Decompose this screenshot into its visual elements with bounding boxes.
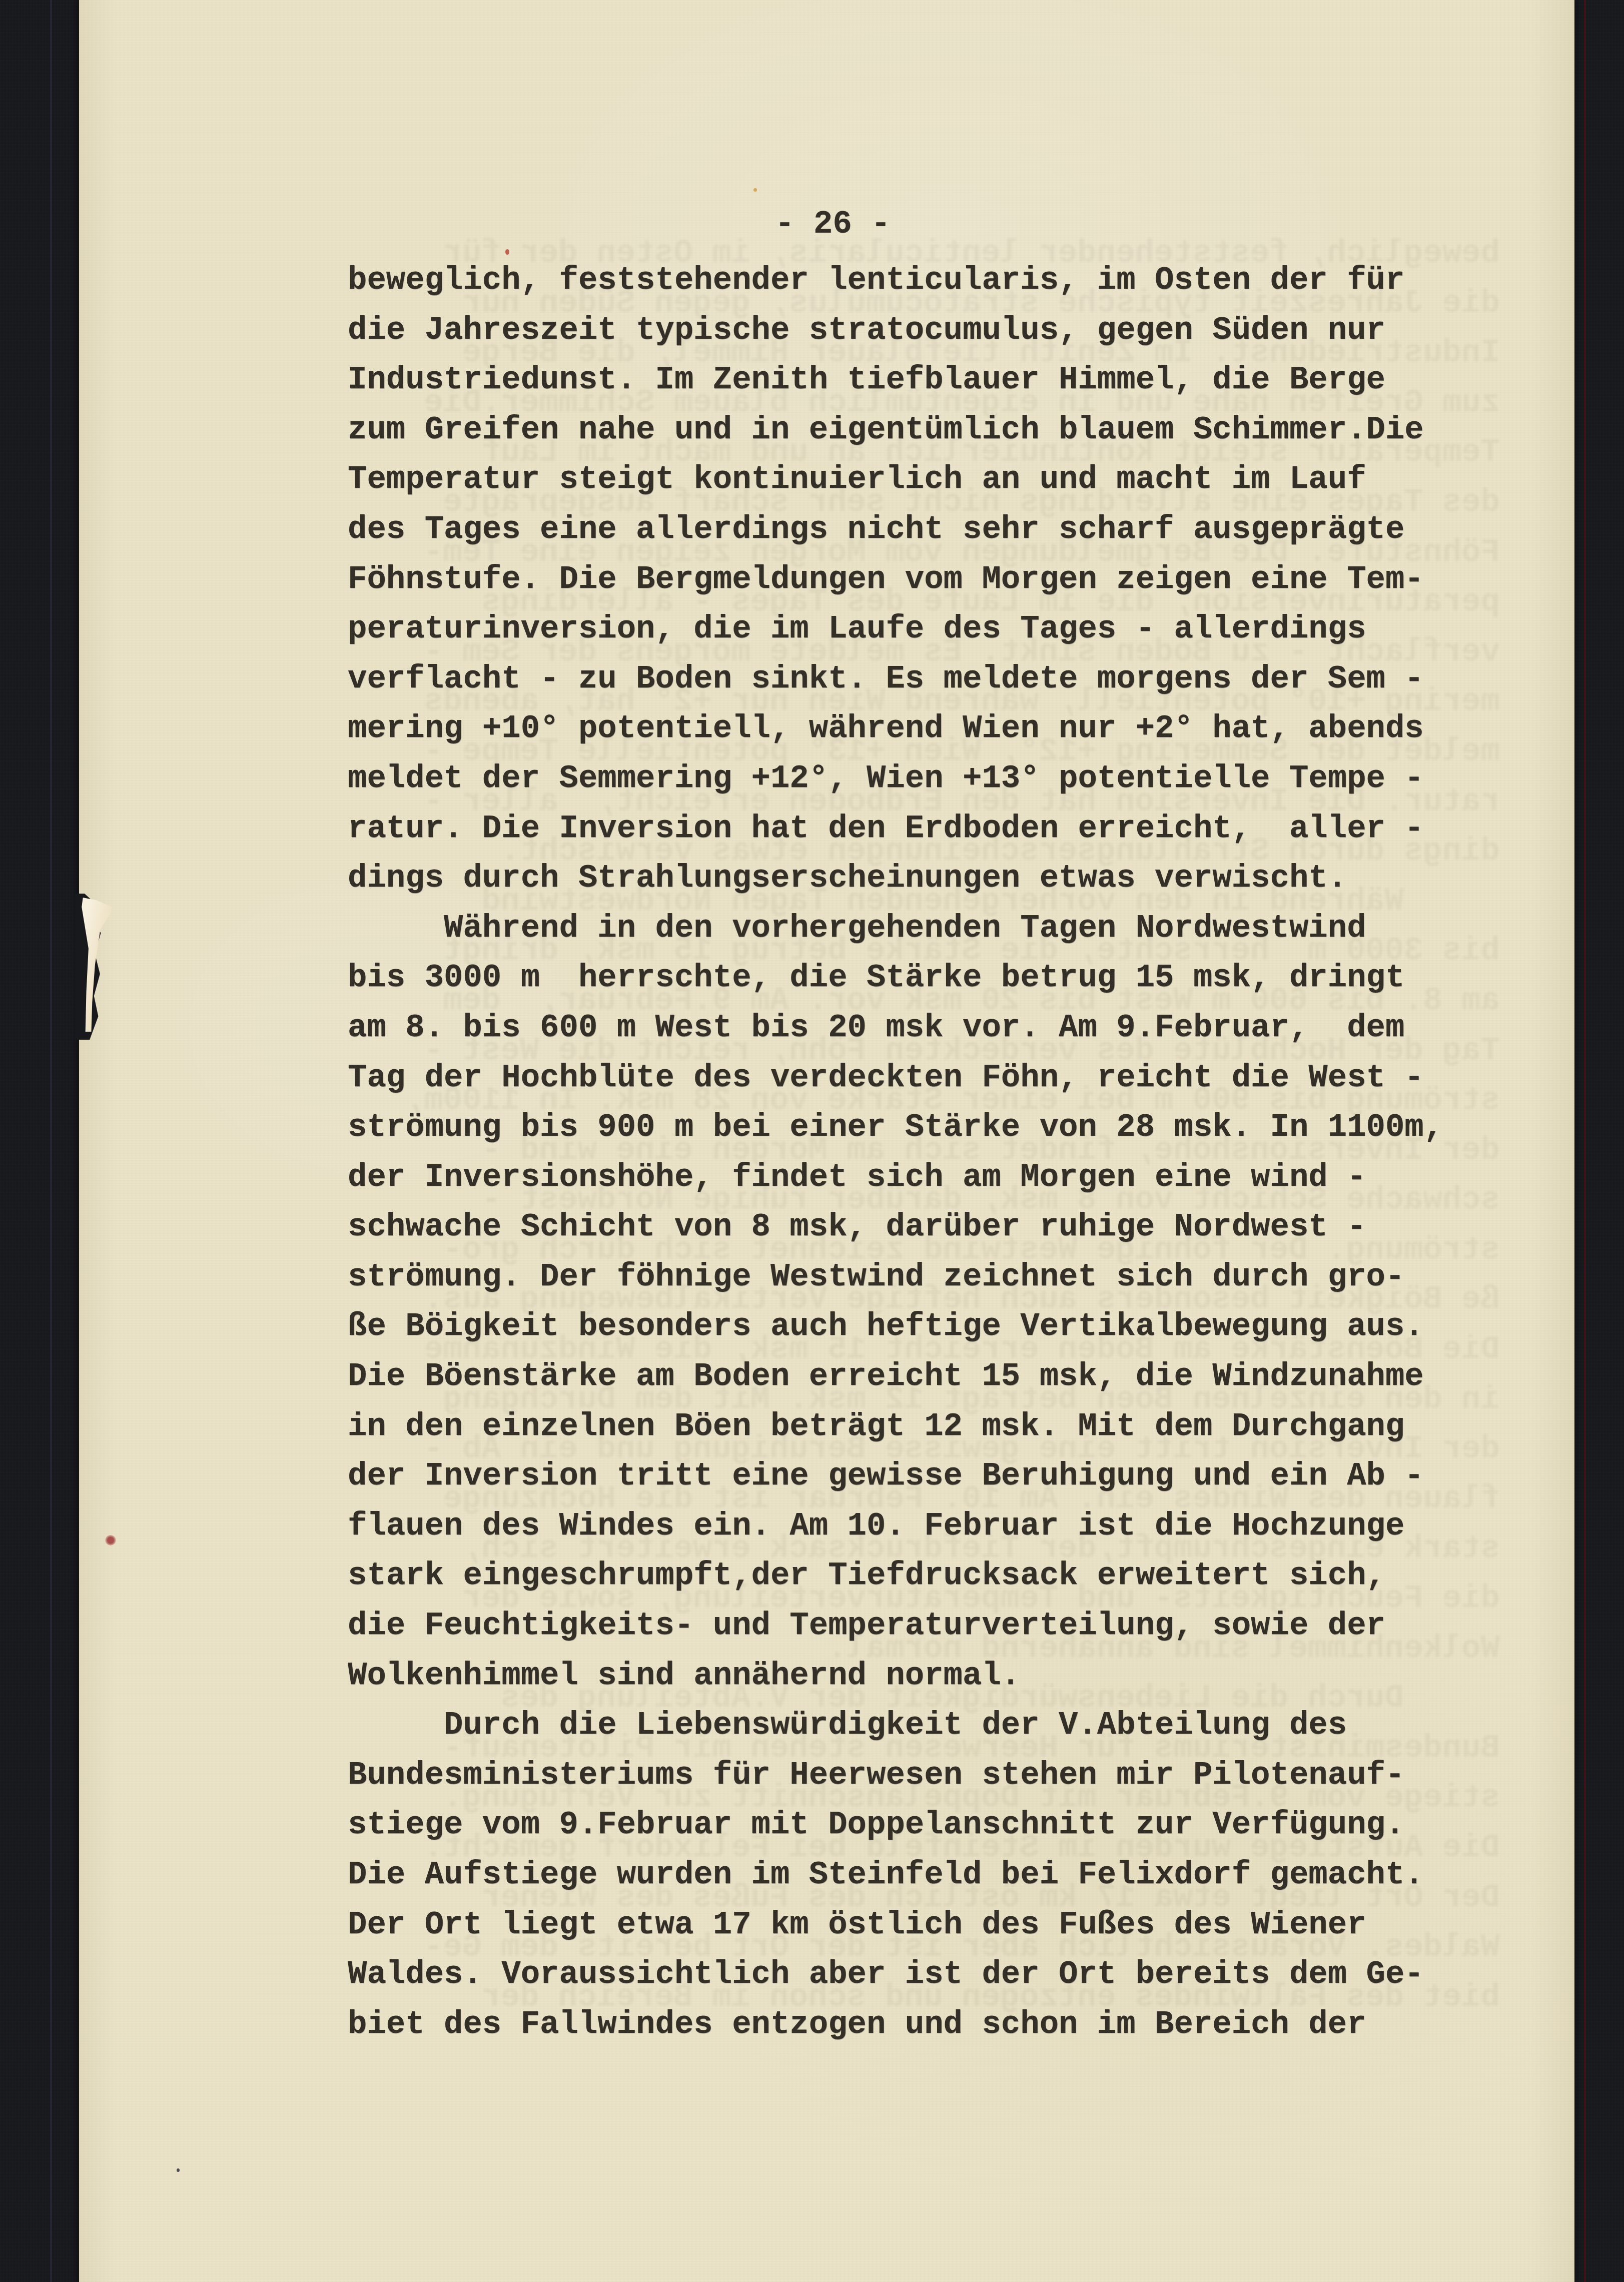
text-line: verflacht - zu Boden sinkt. Es meldete m… <box>348 655 1513 705</box>
binding-seam-line <box>50 0 52 2282</box>
text-line: der Inversionshöhe, findet sich am Morge… <box>348 1153 1513 1203</box>
text-line: peraturinversion, die im Laufe des Tages… <box>348 605 1513 655</box>
text-line: dings durch Strahlungserscheinungen etwa… <box>348 854 1513 904</box>
text-line: strömung bis 900 m bei einer Stärke von … <box>348 1103 1513 1153</box>
text-line: zum Greifen nahe und in eigentümlich bla… <box>348 406 1513 456</box>
text-line: Während in den vorhergehenden Tagen Nord… <box>348 904 1513 954</box>
text-line: in den einzelnen Böen beträgt 12 msk. Mi… <box>348 1402 1513 1452</box>
text-line: Waldes. Voraussichtlich aber ist der Ort… <box>348 1950 1513 2000</box>
scanned-document: beweglich, feststehender lenticularis, i… <box>0 0 1624 2282</box>
text-line: Föhnstufe. Die Bergmeldungen vom Morgen … <box>348 555 1513 605</box>
orange-paper-speck <box>753 188 757 192</box>
text-line: die Feuchtigkeits- und Temperaturverteil… <box>348 1602 1513 1652</box>
text-line: beweglich, feststehender lenticularis, i… <box>348 256 1513 306</box>
text-line: strömung. Der föhnige Westwind zeichnet … <box>348 1253 1513 1303</box>
text-line: schwache Schicht von 8 msk, darüber ruhi… <box>348 1203 1513 1253</box>
text-line: Der Ort liegt etwa 17 km östlich des Fuß… <box>348 1901 1513 1951</box>
text-line: Wolkenhimmel sind annähernd normal. <box>348 1652 1513 1702</box>
text-line: der Inversion tritt eine gewisse Beruhig… <box>348 1452 1513 1502</box>
text-line: bis 3000 m herrschte, die Stärke betrug … <box>348 954 1513 1004</box>
body-text: beweglich, feststehender lenticularis, i… <box>348 256 1513 2050</box>
text-line: flauen des Windes ein. Am 10. Februar is… <box>348 1502 1513 1552</box>
text-line: Temperatur steigt kontinuierlich an und … <box>348 455 1513 505</box>
text-line: Die Aufstiege wurden im Steinfeld bei Fe… <box>348 1851 1513 1901</box>
text-line: Die Böenstärke am Boden erreicht 15 msk,… <box>348 1352 1513 1402</box>
text-line: meldet der Semmering +12°, Wien +13° pot… <box>348 754 1513 805</box>
red-ink-speck <box>505 249 509 255</box>
text-line: ratur. Die Inversion hat den Erdboden er… <box>348 805 1513 855</box>
red-dot-mark <box>105 1535 116 1546</box>
document-page: beweglich, feststehender lenticularis, i… <box>79 0 1574 2282</box>
text-line: Durch die Liebenswürdigkeit der V.Abteil… <box>348 1701 1513 1751</box>
text-line: stark eingeschrumpft,der Tiefdrucksack e… <box>348 1552 1513 1602</box>
dark-speck <box>177 2168 180 2172</box>
text-line: stiege vom 9.Februar mit Doppelanschnitt… <box>348 1801 1513 1851</box>
text-line: ße Böigkeit besonders auch heftige Verti… <box>348 1302 1513 1352</box>
text-line: am 8. bis 600 m West bis 20 msk vor. Am … <box>348 1004 1513 1054</box>
spine-red-line <box>1584 0 1586 2282</box>
text-line: mering +10° potentiell, während Wien nur… <box>348 704 1513 754</box>
text-line: Bundesministeriums für Heerwesen stehen … <box>348 1751 1513 1801</box>
text-line: Industriedunst. Im Zenith tiefblauer Him… <box>348 356 1513 406</box>
text-line: biet des Fallwindes entzogen und schon i… <box>348 2000 1513 2050</box>
text-line: die Jahreszeit typische stratocumulus, g… <box>348 306 1513 356</box>
text-line: des Tages eine allerdings nicht sehr sch… <box>348 505 1513 555</box>
page-number: - 26 - <box>85 207 1580 243</box>
text-line: Tag der Hochblüte des verdeckten Föhn, r… <box>348 1054 1513 1104</box>
